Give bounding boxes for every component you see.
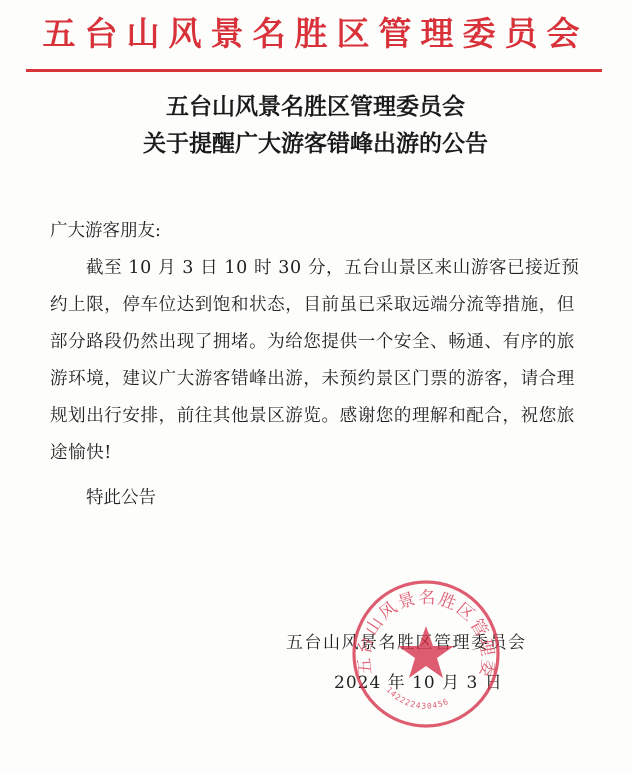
letterhead-org-name: 五台山风景名胜区管理委员会 <box>0 14 631 54</box>
signature-date: 2024 年 10 月 3 日 <box>334 668 503 693</box>
notice-title-line2: 关于提醒广大游客错峰出游的公告 <box>0 129 631 159</box>
notice-title-line1: 五台山风景名胜区管理委员会 <box>0 92 631 122</box>
letterhead-divider <box>26 69 602 72</box>
salutation: 广大游客朋友: <box>50 213 590 250</box>
official-seal: 五台山风景名胜区管理委员会 142222430456 <box>350 578 502 730</box>
closing-remark: 特此公告 <box>86 480 626 517</box>
signature-org: 五台山风景名胜区管理委员会 <box>286 628 527 653</box>
notice-body-paragraph: 截至 10 月 3 日 10 时 30 分，五台山景区来山游客已接近预约上限，停… <box>50 250 590 472</box>
